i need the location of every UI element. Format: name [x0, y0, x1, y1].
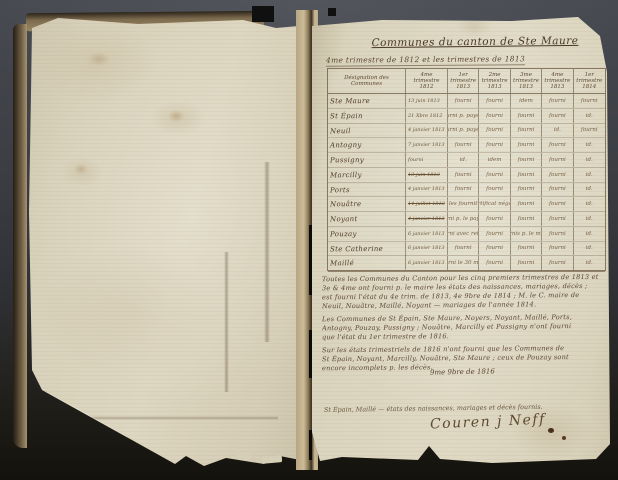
date-cell: 13 juin 1813 — [406, 94, 448, 108]
entry-cell: fourni — [479, 256, 510, 270]
commune-name: Nouâtre — [328, 197, 406, 211]
entry-cell: id. — [448, 153, 479, 167]
date-note: 9me 9bre de 1816 — [430, 367, 495, 376]
entry-cell: fourni — [511, 109, 542, 123]
column-header: 1er trimestre1813 — [448, 69, 479, 93]
entry-cell: fourni — [542, 168, 573, 182]
entry-cell: les fournit — [448, 197, 479, 211]
entry-cell: fourni — [511, 153, 542, 167]
entry-cell: fourni — [479, 94, 510, 108]
entry-cell: fourni — [542, 256, 573, 270]
table-row: Ste Maure13 juin 1813fournifourniidemfou… — [328, 94, 605, 109]
entry-cell: fourni — [542, 227, 573, 241]
entry-cell: fourni — [542, 109, 573, 123]
entry-cell: fourni p. payeur — [448, 124, 479, 138]
date-cell: 21 Xbre 1812 — [406, 109, 448, 123]
entry-cell: id. — [574, 256, 605, 270]
entry-cell: fourni le 30 mars — [448, 256, 479, 270]
column-header: 1er trimestre1814 — [574, 69, 605, 93]
commune-name: Ste Maure — [328, 94, 406, 108]
entry-cell: fourni — [542, 183, 573, 197]
entry-cell: fourni — [511, 212, 542, 226]
entry-cell: certificat négatif — [479, 197, 510, 211]
foxing-stain — [74, 164, 88, 174]
paper-crease — [48, 416, 278, 420]
column-header: 4me trimestre1812 — [406, 69, 448, 93]
entry-cell: fourni avec retard — [448, 227, 479, 241]
entry-cell: fourni — [479, 212, 510, 226]
commune-name: Neuil — [328, 123, 406, 137]
entry-cell: id. — [574, 242, 605, 256]
ink-spot — [548, 428, 554, 433]
table-row: Ports4 janvier 1813fournifournifournifou… — [328, 183, 605, 198]
binding-crack — [309, 225, 312, 295]
worn-cover-edge-left — [13, 24, 27, 448]
entry-cell: fourni — [448, 94, 479, 108]
entry-cell: fourni — [479, 138, 510, 152]
table-row: Pouzay6 janvier 1813fourni avec retardfo… — [328, 227, 605, 242]
entry-cell: fourni — [448, 168, 479, 182]
page-subtitle: 4me trimestre de 1812 et les trimestres … — [326, 54, 525, 66]
paper-crease — [264, 162, 270, 342]
entry-cell: fourni — [479, 183, 510, 197]
closing-line: St Épain, Maillé — états des naissances,… — [324, 402, 594, 414]
entry-cell: fourni — [511, 242, 542, 256]
entry-cell: fourni p. le payeur — [448, 212, 479, 226]
entry-cell: id. — [574, 197, 605, 211]
table-row: Pussignyfourniid.idemfournifourniid. — [328, 153, 605, 168]
entry-cell: fourni — [511, 168, 542, 182]
entry-cell: fourni — [479, 109, 510, 123]
table-row: St Épain21 Xbre 1812fourni p. payeurfour… — [328, 109, 605, 124]
entry-cell: fourni — [574, 94, 605, 108]
entry-cell: fourni — [574, 124, 605, 138]
date-cell: 6 janvier 1813 — [406, 227, 448, 241]
page-title: Communes du canton de Ste Maure — [360, 35, 590, 49]
column-header: Désignation desCommunes — [328, 69, 406, 93]
date-cell: 6 janvier 1813 — [406, 242, 448, 256]
commune-name: Pussigny — [328, 153, 406, 167]
entry-cell: fourni — [479, 227, 510, 241]
commune-name: Noyant — [328, 212, 406, 226]
notes-section: Toutes les Communes du Canton pour les c… — [322, 274, 606, 376]
entry-cell: id. — [574, 109, 605, 123]
entry-cell: id. — [574, 138, 605, 152]
date-cell: 4 janvier 1813 — [406, 212, 448, 226]
entry-cell: fourni — [511, 124, 542, 138]
entry-cell: fourni — [542, 212, 573, 226]
paper-crease — [224, 252, 229, 392]
entry-cell: fourni — [448, 183, 479, 197]
date-cell: 7 janvier 1813 — [406, 138, 448, 152]
column-header: 3me trimestre1813 — [511, 69, 542, 93]
binding-crack — [309, 330, 312, 378]
ink-spot — [562, 436, 566, 440]
entry-cell: id. — [574, 212, 605, 226]
commune-name: Ports — [328, 182, 406, 196]
entry-cell: fourni p. payeur — [448, 109, 479, 123]
table-row: Ste Catherine6 janvier 1813fournifournif… — [328, 242, 605, 257]
commune-name: Maillé — [328, 256, 406, 270]
signature: Couren j Neff — [430, 411, 546, 432]
entry-cell: id. — [574, 168, 605, 182]
scanned-register-background: Communes du canton de Ste Maure 4me trim… — [0, 0, 618, 480]
table-row: Noyant4 janvier 1813fourni p. le payeurf… — [328, 212, 605, 227]
table-body: Ste Maure13 juin 1813fournifourniidemfou… — [328, 94, 605, 270]
communes-register-table: Désignation desCommunes4me trimestre1812… — [327, 68, 606, 271]
folded-corner-highlight — [46, 384, 182, 466]
entry-cell: fourni — [479, 168, 510, 182]
entry-cell: id. — [574, 227, 605, 241]
commune-name: Antogny — [328, 138, 406, 152]
commune-name: St Épain — [328, 108, 406, 122]
right-page-manuscript: Communes du canton de Ste Maure 4me trim… — [312, 12, 612, 468]
foxing-stain — [88, 52, 110, 66]
entry-cell: fourni — [542, 242, 573, 256]
table-row: Maillé6 janvier 1813fourni le 30 marsfou… — [328, 256, 605, 270]
torn-paper-fragment — [262, 455, 283, 464]
column-header: 2me trimestre1813 — [479, 69, 510, 93]
entry-cell: fourni — [479, 242, 510, 256]
left-page-blank — [18, 12, 310, 468]
commune-name: Marcilly — [328, 167, 406, 181]
entry-cell: fourni — [511, 183, 542, 197]
entry-cell: fourni — [542, 138, 573, 152]
entry-cell: fourni — [511, 138, 542, 152]
binding-notch — [252, 6, 274, 22]
entry-cell: fournis p. le maire — [511, 227, 542, 241]
table-header-row: Désignation desCommunes4me trimestre1812… — [328, 69, 605, 94]
table-row: Neuil4 janvier 1813fourni p. payeurfourn… — [328, 124, 605, 139]
entry-cell: fourni — [542, 94, 573, 108]
table-row: Antogny7 janvier 1813fournifournifournif… — [328, 138, 605, 153]
page-edge-notch — [328, 8, 336, 16]
entry-cell: fourni — [542, 197, 573, 211]
commune-name: Ste Catherine — [328, 241, 406, 255]
commune-name: Pouzay — [328, 226, 406, 240]
entry-cell: id. — [574, 183, 605, 197]
entry-cell: idem — [511, 94, 542, 108]
entry-cell: id. — [574, 153, 605, 167]
date-cell: 6 janvier 1813 — [406, 256, 448, 270]
foxing-stain — [168, 110, 184, 122]
entry-cell: fourni — [479, 124, 510, 138]
column-header: 4me trimestre1813 — [542, 69, 573, 93]
table-row: Nouâtre14 juillet 1813les fournitcertifi… — [328, 197, 605, 212]
date-cell: 4 janvier 1813 — [406, 183, 448, 197]
entry-cell: fourni — [542, 153, 573, 167]
date-cell: 14 juillet 1813 — [406, 197, 448, 211]
date-cell: fourni — [406, 153, 448, 167]
entry-cell: fourni — [511, 256, 542, 270]
date-cell: 13 juin 1813 — [406, 168, 448, 182]
entry-cell: idem — [479, 153, 510, 167]
entry-cell: fourni — [511, 197, 542, 211]
entry-cell: id. — [542, 124, 573, 138]
binding-crack — [309, 430, 312, 460]
table-row: Marcilly13 juin 1813fournifournifournifo… — [328, 168, 605, 183]
entry-cell: fourni — [448, 242, 479, 256]
entry-cell: fourni — [448, 138, 479, 152]
date-cell: 4 janvier 1813 — [406, 124, 448, 138]
